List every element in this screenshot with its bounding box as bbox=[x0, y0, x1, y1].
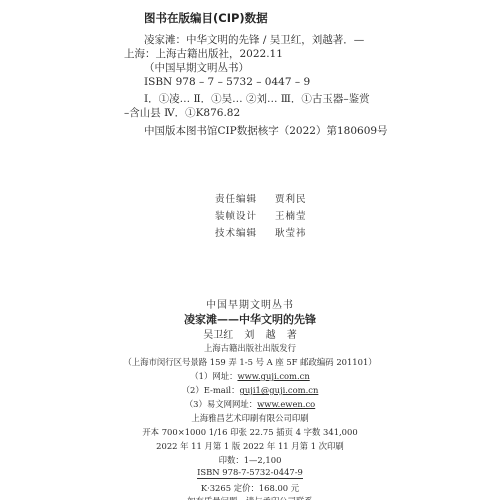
authors: 吴卫红 刘 越 著 bbox=[0, 326, 500, 341]
email-label: （2）E-mail： bbox=[182, 385, 240, 395]
cip-classification-line: Ⅰ．①凌… Ⅱ．①吴… ②刘… Ⅲ．①古玉器–鉴赏 bbox=[144, 92, 370, 106]
edition-info: 2022 年 11 月第 1 版 2022 年 11 月第 1 次印刷 bbox=[0, 440, 500, 452]
series-name: 中国早期文明丛书 bbox=[0, 296, 500, 311]
website-line: （1）网址：www.guji.com.cn bbox=[0, 370, 500, 382]
credit-row: 责任编辑 贾利民 bbox=[215, 191, 307, 205]
cip-isbn-line: ISBN 978 – 7 – 5732 – 0447 – 9 bbox=[144, 75, 310, 89]
credit-role: 装帧设计 bbox=[215, 208, 271, 222]
print-run: 印数：1—2,100 bbox=[0, 454, 500, 466]
email-link[interactable]: guji1@guji.com.cn bbox=[240, 385, 319, 395]
printer: 上海雅昌艺术印刷有限公司印刷 bbox=[0, 412, 500, 424]
credit-role: 责任编辑 bbox=[215, 191, 271, 205]
quality-notice: 如有质量问题，请与承印公司联系 bbox=[0, 495, 500, 500]
book-title: 凌家滩——中华文明的先锋 bbox=[0, 311, 500, 327]
cip-classification-cont: –含山县 Ⅳ．①K876.82 bbox=[124, 106, 240, 120]
website-link[interactable]: www.guji.com.cn bbox=[237, 371, 309, 381]
credit-role: 技术编辑 bbox=[215, 225, 271, 239]
ewen-link[interactable]: www.ewen.co bbox=[257, 399, 315, 409]
cip-title-line: 凌家滩：中华文明的先锋 / 吴卫红，刘越著．— bbox=[144, 33, 364, 47]
isbn-line: ISBN 978-7-5732-0447-9 bbox=[0, 467, 500, 477]
cip-publisher-line: 上海：上海古籍出版社，2022.11 bbox=[124, 47, 283, 61]
isbn: ISBN 978-7-5732-0447-9 bbox=[197, 467, 303, 479]
credit-name: 耿莹祎 bbox=[275, 228, 307, 239]
credit-name: 王楠莹 bbox=[275, 211, 307, 222]
cip-series-line: （中国早期文明丛书） bbox=[144, 61, 249, 75]
publisher-address: （上海市闵行区号景路 159 弄 1-5 号 A 座 5F 邮政编码 20110… bbox=[0, 356, 500, 368]
price-line: K·3265 定价：168.00 元 bbox=[0, 482, 500, 494]
website-label: （1）网址： bbox=[190, 371, 237, 381]
credit-name: 贾利民 bbox=[275, 194, 307, 205]
cip-heading: 图书在版编目(CIP)数据 bbox=[144, 10, 268, 26]
ewen-label: （3）易文网网址： bbox=[185, 399, 257, 409]
ewen-line: （3）易文网网址：www.ewen.co bbox=[0, 398, 500, 410]
publisher: 上海古籍出版社出版发行 bbox=[0, 342, 500, 354]
credit-row: 技术编辑 耿莹祎 bbox=[215, 225, 307, 239]
cip-record-number: 中国版本图书馆CIP数据核字（2022）第180609号 bbox=[144, 124, 388, 138]
email-line: （2）E-mail：guji1@guji.com.cn bbox=[0, 384, 500, 396]
book-specs: 开本 700×1000 1/16 印张 22.75 插页 4 字数 341,00… bbox=[0, 426, 500, 438]
credit-row: 装帧设计 王楠莹 bbox=[215, 208, 307, 222]
